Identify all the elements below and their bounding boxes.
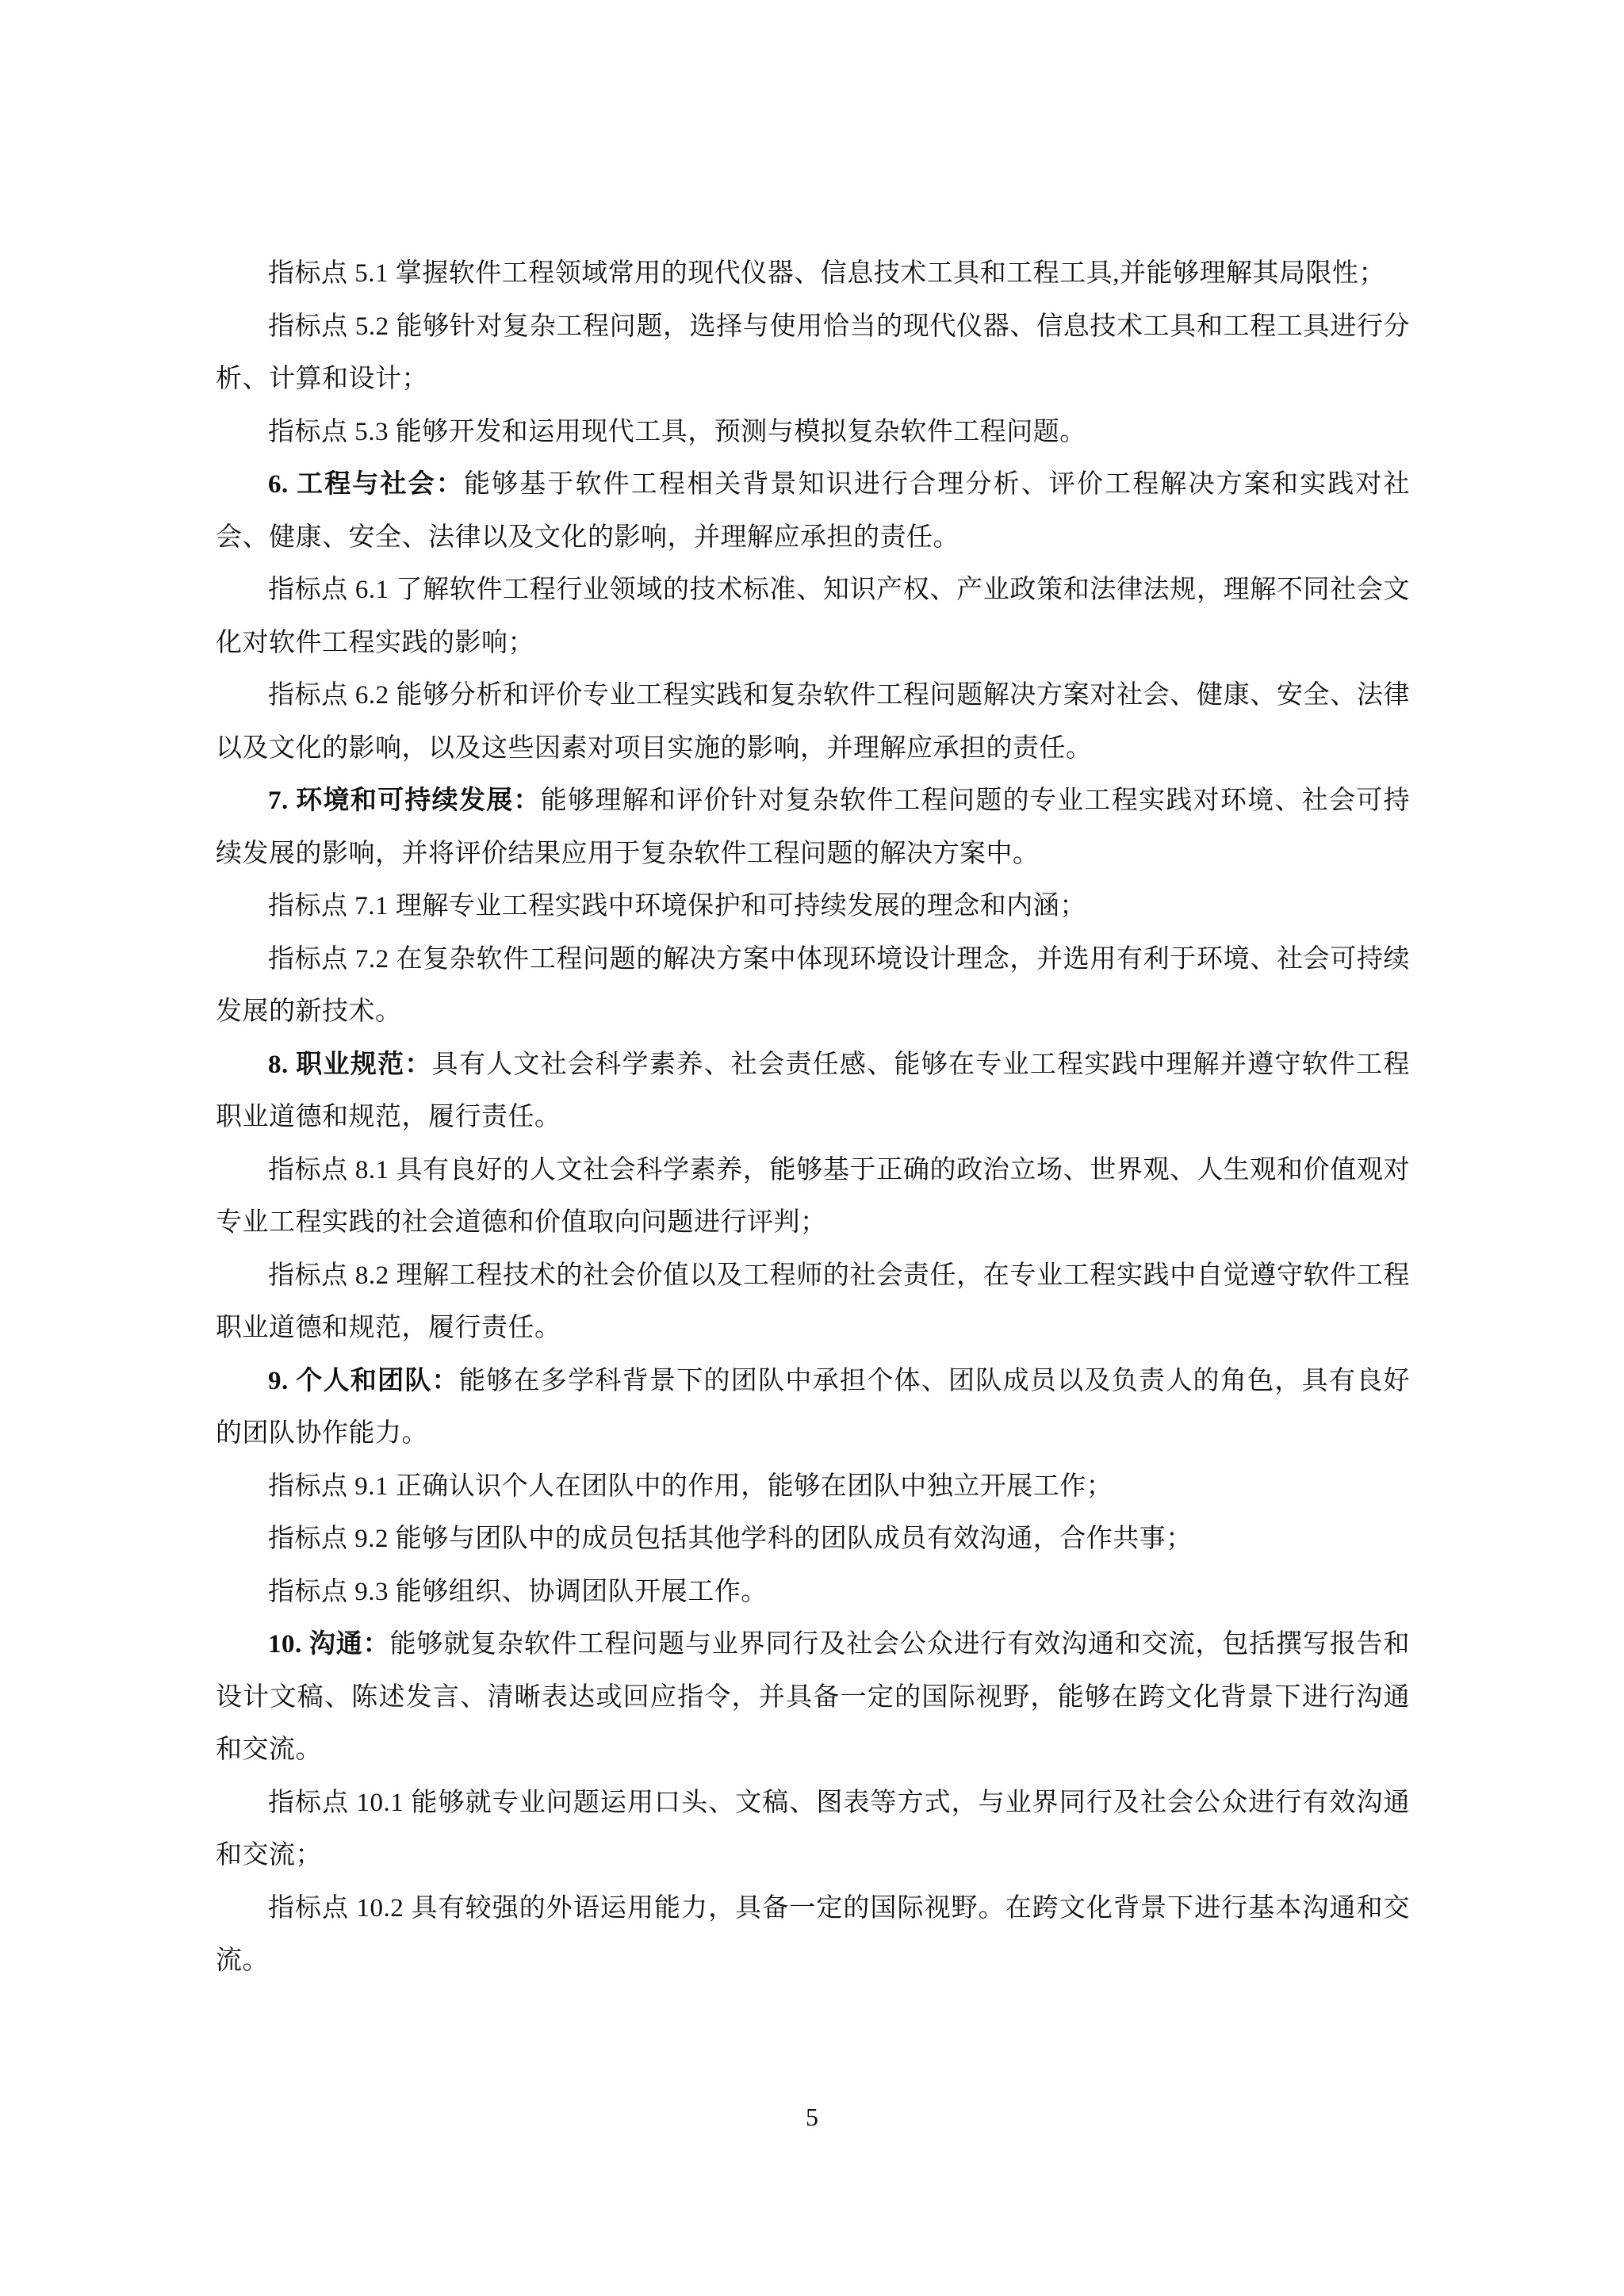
indicator-5-3: 指标点 5.3 能够开发和运用现代工具，预测与模拟复杂软件工程问题。 xyxy=(216,406,1410,459)
indicator-10-2: 指标点 10.2 具有较强的外语运用能力，具备一定的国际视野。在跨文化背景下进行… xyxy=(216,1882,1410,1988)
indicator-9-1: 指标点 9.1 正确认识个人在团队中的作用，能够在团队中独立开展工作； xyxy=(216,1460,1410,1513)
requirement-heading: 8. 职业规范： xyxy=(268,1050,432,1079)
indicator-8-2: 指标点 8.2 理解工程技术的社会价值以及工程师的社会责任，在专业工程实践中自觉… xyxy=(216,1249,1410,1355)
paragraph-text: 指标点 8.1 具有良好的人文社会科学素养，能够基于正确的政治立场、世界观、人生… xyxy=(216,1156,1410,1238)
indicator-7-1: 指标点 7.1 理解专业工程实践中环境保护和可持续发展的理念和内涵； xyxy=(216,880,1410,933)
paragraph-text: 指标点 10.2 具有较强的外语运用能力，具备一定的国际视野。在跨文化背景下进行… xyxy=(216,1894,1410,1976)
indicator-6-1: 指标点 6.1 了解软件工程行业领域的技术标准、知识产权、产业政策和法律法规，理… xyxy=(216,564,1410,669)
indicator-6-2: 指标点 6.2 能够分析和评价专业工程实践和复杂软件工程问题解决方案对社会、健康… xyxy=(216,669,1410,775)
page-number: 5 xyxy=(0,2101,1624,2133)
paragraph-text: 指标点 5.3 能够开发和运用现代工具，预测与模拟复杂软件工程问题。 xyxy=(268,418,1086,446)
document-body: 指标点 5.1 掌握软件工程领域常用的现代仪器、信息技术工具和工程工具,并能够理… xyxy=(216,247,1410,1988)
requirement-heading: 6. 工程与社会： xyxy=(268,470,464,499)
requirement-7-environment-sustainability: 7. 环境和可持续发展：能够理解和评价针对复杂软件工程问题的专业工程实践对环境、… xyxy=(216,775,1410,880)
paragraph-text: 指标点 9.2 能够与团队中的成员包括其他学科的团队成员有效沟通，合作共事； xyxy=(268,1525,1193,1553)
indicator-10-1: 指标点 10.1 能够就专业问题运用口头、文稿、图表等方式，与业界同行及社会公众… xyxy=(216,1777,1410,1882)
paragraph-text: 指标点 6.1 了解软件工程行业领域的技术标准、知识产权、产业政策和法律法规，理… xyxy=(216,576,1410,657)
paragraph-text: 指标点 8.2 理解工程技术的社会价值以及工程师的社会责任，在专业工程实践中自觉… xyxy=(216,1261,1410,1343)
paragraph-text: 指标点 9.3 能够组织、协调团队开展工作。 xyxy=(268,1578,768,1606)
paragraph-text: 指标点 7.2 在复杂软件工程问题的解决方案中体现环境设计理念，并选用有利于环境… xyxy=(216,945,1410,1027)
requirement-8-professional-norms: 8. 职业规范：具有人文社会科学素养、社会责任感、能够在专业工程实践中理解并遵守… xyxy=(216,1039,1410,1144)
paragraph-text: 能够就复杂软件工程问题与业界同行及社会公众进行有效沟通和交流，包括撰写报告和设计… xyxy=(216,1630,1410,1764)
indicator-8-1: 指标点 8.1 具有良好的人文社会科学素养，能够基于正确的政治立场、世界观、人生… xyxy=(216,1144,1410,1249)
paragraph-text: 指标点 5.1 掌握软件工程领域常用的现代仪器、信息技术工具和工程工具,并能够理… xyxy=(268,259,1385,288)
indicator-5-1: 指标点 5.1 掌握软件工程领域常用的现代仪器、信息技术工具和工程工具,并能够理… xyxy=(216,247,1410,300)
indicator-9-2: 指标点 9.2 能够与团队中的成员包括其他学科的团队成员有效沟通，合作共事； xyxy=(216,1513,1410,1566)
paragraph-text: 指标点 5.2 能够针对复杂工程问题，选择与使用恰当的现代仪器、信息技术工具和工… xyxy=(216,312,1410,394)
indicator-5-2: 指标点 5.2 能够针对复杂工程问题，选择与使用恰当的现代仪器、信息技术工具和工… xyxy=(216,300,1410,406)
requirement-10-communication: 10. 沟通：能够就复杂软件工程问题与业界同行及社会公众进行有效沟通和交流，包括… xyxy=(216,1618,1410,1777)
requirement-heading: 10. 沟通： xyxy=(268,1630,389,1659)
requirement-9-individual-and-team: 9. 个人和团队：能够在多学科背景下的团队中承担个体、团队成员以及负责人的角色，… xyxy=(216,1355,1410,1460)
paragraph-text: 指标点 7.1 理解专业工程实践中环境保护和可持续发展的理念和内涵； xyxy=(268,892,1086,920)
indicator-7-2: 指标点 7.2 在复杂软件工程问题的解决方案中体现环境设计理念，并选用有利于环境… xyxy=(216,933,1410,1039)
paragraph-text: 指标点 6.2 能够分析和评价专业工程实践和复杂软件工程问题解决方案对社会、健康… xyxy=(216,681,1410,763)
requirement-heading: 9. 个人和团队： xyxy=(268,1367,459,1395)
paragraph-text: 指标点 9.1 正确认识个人在团队中的作用，能够在团队中独立开展工作； xyxy=(268,1472,1113,1501)
requirement-heading: 7. 环境和可持续发展： xyxy=(268,786,541,815)
requirement-6-engineering-and-society: 6. 工程与社会：能够基于软件工程相关背景知识进行合理分析、评价工程解决方案和实… xyxy=(216,458,1410,564)
paragraph-text: 指标点 10.1 能够就专业问题运用口头、文稿、图表等方式，与业界同行及社会公众… xyxy=(216,1789,1410,1870)
indicator-9-3: 指标点 9.3 能够组织、协调团队开展工作。 xyxy=(216,1566,1410,1619)
